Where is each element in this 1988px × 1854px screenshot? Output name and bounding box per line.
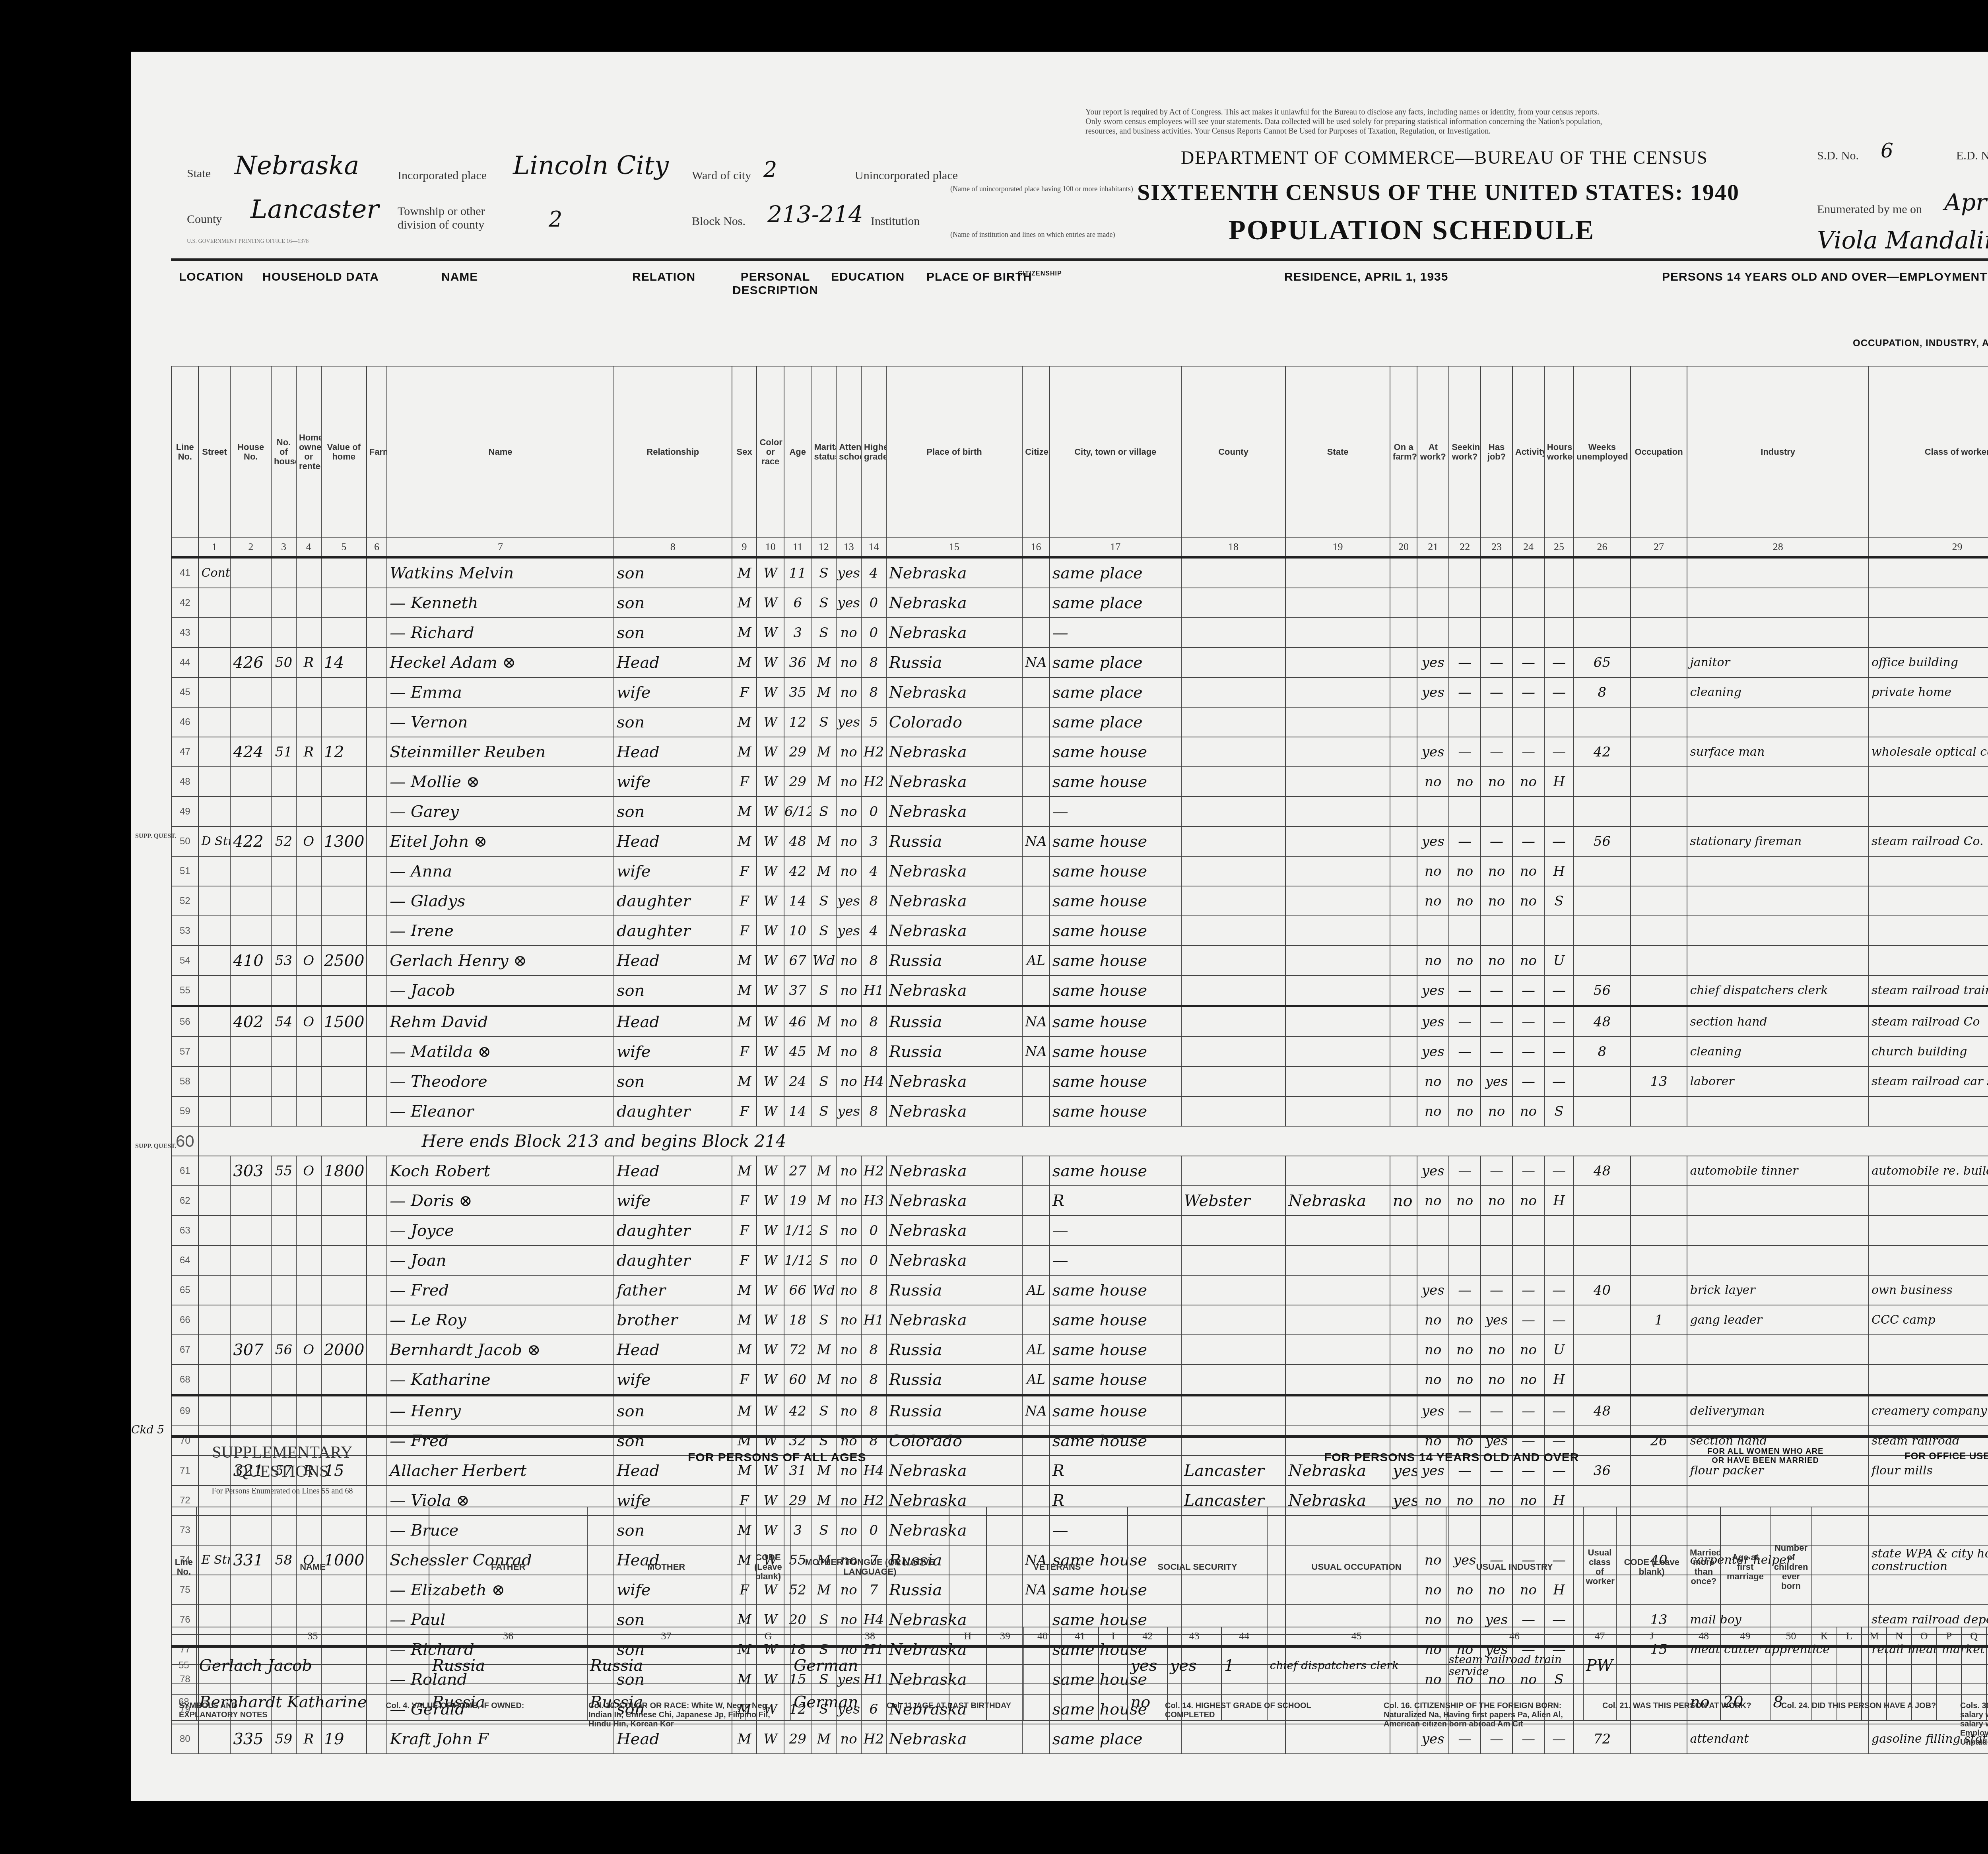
cell-rstate (1285, 1156, 1390, 1186)
cell-birth: Russia (886, 1365, 1022, 1395)
cell-hours: 40 (1574, 1275, 1631, 1305)
column-header: Place of birth (886, 366, 1022, 538)
cell-unemp (1631, 1006, 1687, 1037)
cell-hours (1574, 1216, 1631, 1245)
cell-farm (367, 648, 387, 677)
cell-sch: no (836, 797, 861, 826)
cell-ind: private home (1869, 677, 1988, 707)
cell-rcounty (1181, 648, 1286, 677)
office-use-cell (1812, 1646, 1837, 1684)
cell-work (1417, 1245, 1449, 1275)
cell-rstate (1285, 916, 1390, 946)
census-sheet: State Nebraska County Lancaster U.S. GOV… (131, 52, 1988, 1801)
cell-rfarm (1390, 1067, 1417, 1096)
cell-occ (1687, 767, 1869, 797)
cell-age: 10 (784, 916, 811, 946)
cell-seek (1449, 1245, 1481, 1275)
cell-race: W (757, 1245, 784, 1275)
cell-tenure (296, 677, 321, 707)
cell-farm (367, 618, 387, 648)
cell-house: 422 (230, 826, 271, 856)
cell-grade: H1 (861, 1305, 886, 1335)
cell-pubw: no (1481, 1096, 1512, 1126)
cell-hours (1574, 618, 1631, 648)
cell-race: W (757, 618, 784, 648)
header-rule (171, 258, 1988, 261)
cell-hh: 50 (271, 648, 296, 677)
cell-race: W (757, 886, 784, 916)
cell-age: 14 (784, 886, 811, 916)
cell-rel: son (614, 707, 732, 737)
cell-seek: no (1449, 856, 1481, 886)
cell-cit (1022, 1426, 1049, 1456)
cell-res: same house (1050, 916, 1181, 946)
cell-birth: Russia (886, 1037, 1022, 1067)
cell-cit: AL (1022, 1335, 1049, 1365)
cell-rcounty (1181, 1037, 1286, 1067)
cell-seek (1449, 1216, 1481, 1245)
cell-sch: no (836, 737, 861, 767)
cell-res: same house (1050, 1426, 1181, 1456)
cell-act (1544, 916, 1574, 946)
supp-header-social-security: SOCIAL SECURITY (1128, 1507, 1267, 1627)
cell-work: no (1417, 1186, 1449, 1216)
cell-job: no (1512, 1186, 1544, 1216)
cell-job: no (1512, 946, 1544, 975)
column-number: 1 (198, 538, 230, 557)
cell-grade: 5 (861, 707, 886, 737)
cell-ind (1869, 767, 1988, 797)
cell-rcounty (1181, 1275, 1286, 1305)
office-use-cell (1986, 1646, 1988, 1684)
cell-work (1417, 557, 1449, 588)
line-number: 41 (171, 557, 198, 588)
cell-res: same house (1050, 1335, 1181, 1365)
cell-hh (271, 1067, 296, 1096)
cell-seek: — (1449, 1395, 1481, 1426)
cell-occ (1687, 1096, 1869, 1126)
cell-sex: M (732, 648, 757, 677)
cell-house (230, 618, 271, 648)
cell-act (1544, 797, 1574, 826)
supp-header-usual-industry: USUAL INDUSTRY (1446, 1507, 1583, 1627)
cell-sex: M (732, 946, 757, 975)
cell-act: — (1544, 1006, 1574, 1037)
cell-rel: son (614, 618, 732, 648)
cell-street (198, 856, 230, 886)
cell-ms: S (811, 797, 836, 826)
cell-rcounty (1181, 1245, 1286, 1275)
cell-grade: 8 (861, 1006, 886, 1037)
cell-pubw (1481, 797, 1512, 826)
cell-hours (1574, 1365, 1631, 1395)
supp-column-number: Q (1961, 1627, 1986, 1646)
cell-race: W (757, 1305, 784, 1335)
cell-ms: S (811, 1216, 836, 1245)
column-number: 6 (367, 538, 387, 557)
cell-ms: S (811, 975, 836, 1006)
line-number: 56 (171, 1006, 198, 1037)
cell-value (321, 1186, 367, 1216)
cell-age: 18 (784, 1305, 811, 1335)
cell-sch: yes (836, 886, 861, 916)
cell-ind (1869, 1245, 1988, 1275)
cell-cit: NA (1022, 826, 1049, 856)
cell-act (1544, 707, 1574, 737)
cell-act: — (1544, 648, 1574, 677)
cell-hh: 59 (271, 1724, 296, 1754)
unincorporated-place-note: (Name of unincorporated place having 100… (950, 185, 1133, 193)
office-use-cell (1837, 1646, 1862, 1684)
cell-work (1417, 707, 1449, 737)
cell-work: yes (1417, 826, 1449, 856)
cell-work: yes (1417, 1006, 1449, 1037)
cell-birth: Nebraska (886, 1724, 1022, 1754)
cell-seek: no (1449, 1335, 1481, 1365)
supp-cell-marriedmore (1687, 1646, 1720, 1684)
cell-hh: 56 (271, 1335, 296, 1365)
office-use-cell (1961, 1646, 1986, 1684)
cell-value (321, 856, 367, 886)
cell-ind (1869, 618, 1988, 648)
cell-act: U (1544, 946, 1574, 975)
block-label: Block Nos. (692, 215, 745, 228)
cell-farm (367, 826, 387, 856)
line-number: 46 (171, 707, 198, 737)
block-value: 213-214 (767, 201, 863, 228)
cell-sch: no (836, 1275, 861, 1305)
supp-column-number: L (1837, 1627, 1862, 1646)
cell-unemp (1631, 1335, 1687, 1365)
cell-farm (367, 1037, 387, 1067)
cell-ms: M (811, 856, 836, 886)
cell-race: W (757, 946, 784, 975)
cell-name: Watkins Melvin (387, 557, 614, 588)
cell-rcounty (1181, 975, 1286, 1006)
cell-farm (367, 557, 387, 588)
cell-unemp (1631, 1724, 1687, 1754)
cell-farm (367, 1096, 387, 1126)
cell-unemp (1631, 1395, 1687, 1426)
cell-age: 35 (784, 677, 811, 707)
cell-work: yes (1417, 1275, 1449, 1305)
cell-tenure (296, 1395, 321, 1426)
cell-hours: 42 (1574, 737, 1631, 767)
cell-hours (1574, 797, 1631, 826)
cell-cit: NA (1022, 1037, 1049, 1067)
column-header-row: Line No.StreetHouse No.No. of householdH… (171, 366, 1988, 538)
cell-cit (1022, 1096, 1049, 1126)
cell-cit (1022, 797, 1049, 826)
cell-act: — (1544, 1305, 1574, 1335)
cell-name: — Richard (387, 618, 614, 648)
cell-name: — Anna (387, 856, 614, 886)
table-row: 59— EleanordaughterFW14Syes8Nebraskasame… (171, 1096, 1988, 1126)
group-name: NAME (441, 270, 478, 284)
cell-race: W (757, 707, 784, 737)
column-number: 10 (757, 538, 784, 557)
line-number: 48 (171, 767, 198, 797)
supp-subtitle: For Persons Enumerated on Lines 55 and 6… (179, 1487, 386, 1496)
cell-grade: 0 (861, 618, 886, 648)
cell-farm (367, 1305, 387, 1335)
cell-unemp (1631, 1096, 1687, 1126)
table-row: 66— Le RoybrotherMW18SnoH1Nebraskasame h… (171, 1305, 1988, 1335)
table-row: 6730756O2000Bernhardt Jacob ⊗HeadMW72Mno… (171, 1335, 1988, 1365)
column-header: Line No. (171, 366, 198, 538)
column-number: 13 (836, 538, 861, 557)
cell-farm (367, 1186, 387, 1216)
line-number: 58 (171, 1067, 198, 1096)
supp-column-number: 37 (587, 1627, 745, 1646)
cell-res: same house (1050, 1037, 1181, 1067)
supp-group-women: FOR ALL WOMEN WHO ARE OR HAVE BEEN MARRI… (1706, 1447, 1825, 1465)
column-header: Citizenship (1022, 366, 1049, 538)
cell-sex: M (732, 618, 757, 648)
cell-name: Rehm David (387, 1006, 614, 1037)
cell-sex: M (732, 1335, 757, 1365)
table-row: 55— JacobsonMW37SnoH1Nebraskasame housey… (171, 975, 1988, 1006)
cell-pubw: no (1481, 1186, 1512, 1216)
cell-rel: Head (614, 1335, 732, 1365)
cell-grade: 4 (861, 557, 886, 588)
supp-cell-agefirst (1720, 1646, 1771, 1684)
cell-pubw: — (1481, 1156, 1512, 1186)
cell-name: Kraft John F (387, 1724, 614, 1754)
line-number: 51 (171, 856, 198, 886)
cell-unemp (1631, 916, 1687, 946)
cell-sch: yes (836, 916, 861, 946)
cell-value (321, 1096, 367, 1126)
cell-occ: automobile tinner (1687, 1156, 1869, 1186)
supp-header-usual-occupation: USUAL OCCUPATION (1267, 1507, 1446, 1627)
cell-hours (1574, 557, 1631, 588)
cell-cit (1022, 1067, 1049, 1096)
schedule-title: POPULATION SCHEDULE (1229, 215, 1595, 246)
cell-occ: laborer (1687, 1067, 1869, 1096)
cell-house (230, 1365, 271, 1395)
cell-rel: daughter (614, 886, 732, 916)
cell-hours (1574, 886, 1631, 916)
table-row: 41Cont'dWatkins MelvinsonMW11Syes4Nebras… (171, 557, 1988, 588)
cell-birth: Nebraska (886, 797, 1022, 826)
cell-rfarm (1390, 1096, 1417, 1126)
cell-act: — (1544, 975, 1574, 1006)
cell-unemp (1631, 677, 1687, 707)
column-header: Highest grade (861, 366, 886, 538)
column-number: 2 (230, 538, 271, 557)
cell-seek: no (1449, 1365, 1481, 1395)
cell-sch: no (836, 1395, 861, 1426)
cell-unemp (1631, 1245, 1687, 1275)
cell-hh: 54 (271, 1006, 296, 1037)
column-header: Marital status (811, 366, 836, 538)
supp-column-number: 49 (1720, 1627, 1771, 1646)
column-number-row: 1234567891011121314151617181920212223242… (171, 538, 1988, 557)
cell-res: same house (1050, 946, 1181, 975)
line-number: 47 (171, 737, 198, 767)
cell-house (230, 1275, 271, 1305)
cell-rfarm (1390, 1006, 1417, 1037)
cell-ms: S (811, 707, 836, 737)
cell-ind (1869, 1335, 1988, 1365)
cell-seek: no (1449, 1067, 1481, 1096)
cell-rcounty (1181, 1724, 1286, 1754)
cell-act: S (1544, 886, 1574, 916)
cell-rcounty (1181, 886, 1286, 916)
cell-seek: — (1449, 826, 1481, 856)
cell-rel: daughter (614, 1245, 732, 1275)
cell-name: — Kenneth (387, 588, 614, 618)
column-header: City, town or village (1050, 366, 1181, 538)
cell-sch: no (836, 1186, 861, 1216)
supp-header-veterans: VETERANS (986, 1507, 1128, 1627)
cell-name: — Henry (387, 1395, 614, 1426)
cell-farm (367, 1216, 387, 1245)
cell-cit (1022, 856, 1049, 886)
cell-street (198, 797, 230, 826)
cell-rcounty (1181, 1365, 1286, 1395)
cell-unemp (1631, 1456, 1687, 1486)
cell-pubw: — (1481, 975, 1512, 1006)
supp-cell-name: Gerlach Jacob (196, 1646, 429, 1684)
table-row: 45— EmmawifeFW35Mno8Nebraskasame placeye… (171, 677, 1988, 707)
column-number: 9 (732, 538, 757, 557)
cell-hh (271, 975, 296, 1006)
supp-group-office: FOR OFFICE USE ONLY—DO NOT WRITE IN THES… (1905, 1451, 1988, 1462)
group-location: LOCATION (179, 270, 243, 284)
cell-age: 48 (784, 826, 811, 856)
cell-ind (1869, 1365, 1988, 1395)
column-header: Industry (1687, 366, 1869, 538)
cell-race: W (757, 1365, 784, 1395)
cell-hh (271, 1216, 296, 1245)
supp-cell-children (1770, 1646, 1812, 1684)
cell-work: no (1417, 886, 1449, 916)
cell-occ (1687, 1335, 1869, 1365)
supplementary-table: Line No. NAME FATHER MOTHER CODE (Leave … (171, 1507, 1988, 1721)
cell-farm (367, 1275, 387, 1305)
cell-job (1512, 557, 1544, 588)
cell-tenure (296, 1245, 321, 1275)
cell-name: Steinmiller Reuben (387, 737, 614, 767)
cell-cit (1022, 975, 1049, 1006)
cell-rfarm (1390, 677, 1417, 707)
cell-pubw (1481, 618, 1512, 648)
supp-column-number: P (1937, 1627, 1962, 1646)
cell-res: — (1050, 618, 1181, 648)
cell-hh: 51 (271, 737, 296, 767)
group-employment: PERSONS 14 YEARS OLD AND OVER—EMPLOYMENT… (1662, 270, 1988, 284)
cell-name: Bernhardt Jacob ⊗ (387, 1335, 614, 1365)
cell-farm (367, 1365, 387, 1395)
table-row: 49— GareysonMW6/12Sno0Nebraska—49 (171, 797, 1988, 826)
cell-tenure (296, 1365, 321, 1395)
cell-unemp (1631, 707, 1687, 737)
cell-sch: yes (836, 707, 861, 737)
cell-act (1544, 1216, 1574, 1245)
cell-street (198, 946, 230, 975)
cell-seek (1449, 557, 1481, 588)
cell-hh (271, 767, 296, 797)
column-number: 18 (1181, 538, 1286, 557)
cell-work: no (1417, 1305, 1449, 1335)
cell-sex: F (732, 916, 757, 946)
cell-sex: M (732, 588, 757, 618)
column-number: 28 (1687, 538, 1869, 557)
cell-grade: 8 (861, 1365, 886, 1395)
cell-grade: H4 (861, 1067, 886, 1096)
cell-name: — Eleanor (387, 1096, 614, 1126)
cell-farm (367, 886, 387, 916)
cell-age: 14 (784, 1096, 811, 1126)
cell-street (198, 737, 230, 767)
cell-sex: F (732, 1096, 757, 1126)
cell-ind: church building (1869, 1037, 1988, 1067)
cell-ind: steam railroad Co (1869, 1006, 1988, 1037)
cell-rfarm (1390, 886, 1417, 916)
supp-column-number: G (745, 1627, 791, 1646)
cell-job: no (1512, 856, 1544, 886)
cell-hh (271, 856, 296, 886)
cell-street (198, 1305, 230, 1335)
cell-hours (1574, 1426, 1631, 1456)
cell-rcounty (1181, 1156, 1286, 1186)
cell-tenure: O (296, 826, 321, 856)
cell-pubw: — (1481, 677, 1512, 707)
cell-rel: daughter (614, 1096, 732, 1126)
cell-street (198, 677, 230, 707)
cell-occ (1687, 886, 1869, 916)
cell-occ: janitor (1687, 648, 1869, 677)
cell-farm (367, 946, 387, 975)
cell-house: 307 (230, 1335, 271, 1365)
cell-res: — (1050, 1216, 1181, 1245)
cell-rel: Head (614, 946, 732, 975)
cell-rfarm (1390, 737, 1417, 767)
cell-street (198, 1006, 230, 1037)
office-use-cell (1862, 1646, 1887, 1684)
cell-work: no (1417, 767, 1449, 797)
cell-job (1512, 618, 1544, 648)
cell-act: — (1544, 826, 1574, 856)
cell-hours (1574, 767, 1631, 797)
cell-res: R (1050, 1456, 1181, 1486)
supp-column-number: 36 (429, 1627, 587, 1646)
column-number: 17 (1050, 538, 1181, 557)
cell-ind (1869, 856, 1988, 886)
cell-race: W (757, 1186, 784, 1216)
cell-occ (1687, 1245, 1869, 1275)
cell-ms: M (811, 737, 836, 767)
cell-work: no (1417, 856, 1449, 886)
cell-rcounty (1181, 588, 1286, 618)
cell-rel: Head (614, 737, 732, 767)
cell-res: same house (1050, 737, 1181, 767)
supp-top-rule (171, 1435, 1988, 1438)
cell-unemp (1631, 588, 1687, 618)
cell-age: 60 (784, 1365, 811, 1395)
cell-age: 1/12 (784, 1216, 811, 1245)
cell-pubw: — (1481, 826, 1512, 856)
supp-cell-tongue: German (791, 1646, 949, 1684)
cell-grade: H2 (861, 1724, 886, 1754)
cell-rcounty (1181, 797, 1286, 826)
cell-value (321, 1245, 367, 1275)
column-header: Hours worked (1544, 366, 1574, 538)
cell-tenure (296, 767, 321, 797)
supp-column-number: 41 (1061, 1627, 1099, 1646)
